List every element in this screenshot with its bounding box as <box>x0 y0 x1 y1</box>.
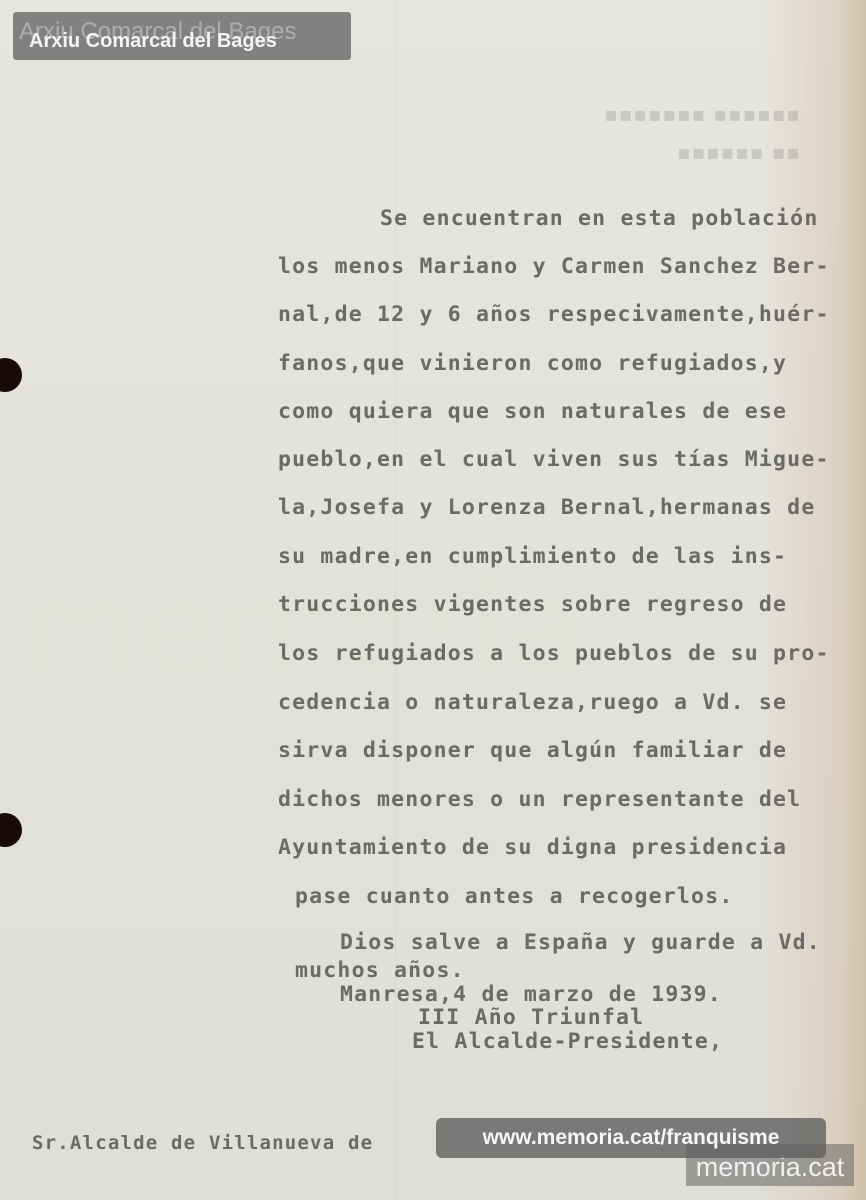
letter-line: Se encuentran en esta población <box>380 206 818 231</box>
background-watermark: memoria <box>20 560 585 699</box>
closing-salutation-cont: muchos años. <box>295 958 465 983</box>
letter-line: la,Josefa y Lorenza Bernal,hermanas de <box>278 495 815 520</box>
letter-line: Ayuntamiento de su digna presidencia <box>278 835 787 860</box>
closing-salutation: Dios salve a España y guarde a Vd. <box>340 930 821 955</box>
archive-watermark-label: Arxiu Comarcal del Bages <box>29 30 277 53</box>
letter-line: los refugiados a los pueblos de su pro- <box>278 641 830 666</box>
letter-line: como quiera que son naturales de ese <box>278 399 787 424</box>
letter-line: fanos,que vinieron como refugiados,y <box>278 351 787 376</box>
document-page: ▪▪▪▪▪▪ ▪▪▪▪▪▪▪▪▪ ▪▪▪▪▪▪ memoria Se encue… <box>0 0 866 1200</box>
letter-line: pase cuanto antes a recogerlos. <box>295 884 733 909</box>
letter-line: nal,de 12 y 6 años respecivamente,huér- <box>278 302 830 327</box>
letter-line: sirva disponer que algún familiar de <box>278 738 787 763</box>
punch-hole-upper <box>0 358 22 392</box>
letter-line: los menos Mariano y Carmen Sanchez Ber- <box>278 254 830 279</box>
punch-hole-lower <box>0 813 22 847</box>
year-motto: III Año Triunfal <box>418 1005 644 1030</box>
letter-line: pueblo,en el cual viven sus tías Migue- <box>278 447 830 472</box>
letter-line: cedencia o naturaleza,ruego a Vd. se <box>278 690 787 715</box>
archive-watermark: Arxiu Comarcal del Bages Arxiu Comarcal … <box>13 12 351 60</box>
signatory: El Alcalde-Presidente, <box>412 1029 723 1054</box>
bleed-through-letterhead: ▪▪▪▪▪▪ ▪▪▪▪▪▪▪▪▪ ▪▪▪▪▪▪ <box>500 95 800 175</box>
place-date: Manresa,4 de marzo de 1939. <box>340 982 722 1007</box>
letter-line: su madre,en cumplimiento de las ins- <box>278 544 787 569</box>
letter-line: trucciones vigentes sobre regreso de <box>278 592 787 617</box>
addressee: Sr.Alcalde de Villanueva de <box>32 1132 373 1154</box>
url-watermark[interactable]: www.memoria.cat/franquisme <box>436 1118 826 1158</box>
letter-line: dichos menores o un representante del <box>278 787 801 812</box>
